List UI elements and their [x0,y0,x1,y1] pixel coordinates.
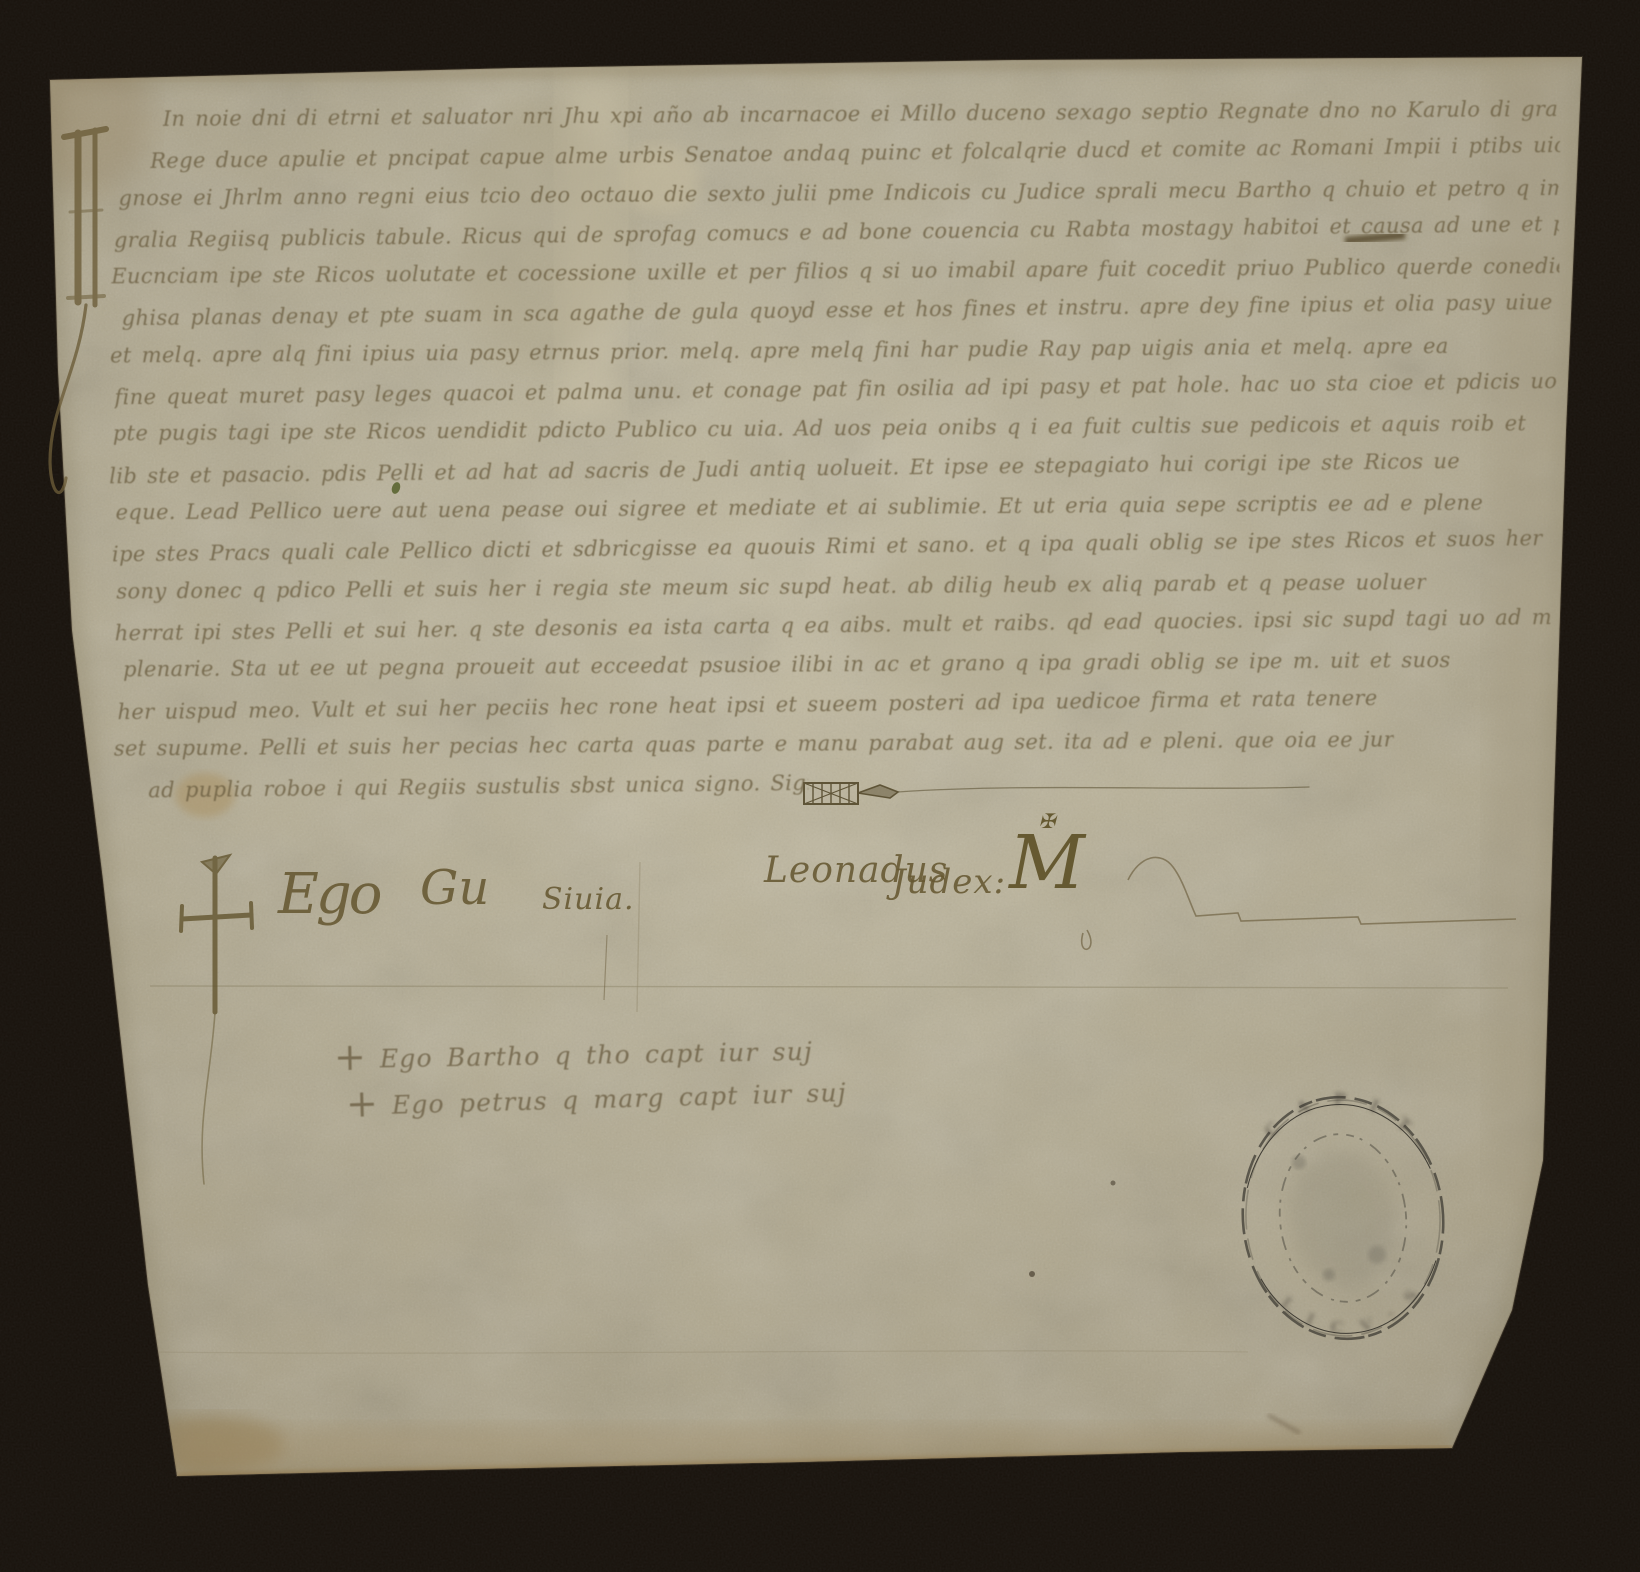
manuscript-text-block: In noie dni di etrni et saluator nri Jhu… [0,0,1640,1572]
manuscript-line: Eucnciam ipe ste Ricos uolutate et coces… [111,251,1559,291]
manuscript-line: ad puplia roboe i qui Regiis sustulis sb… [148,768,808,805]
charter-photograph: C A P I T L I C V · S In noie dni di etr… [0,0,1640,1572]
manuscript-line: ghisa planas denay et pte suam in sca ag… [122,287,1553,333]
manuscript-line: plenarie. Sta ut ee ut pegna proueit aut… [123,645,1451,684]
witness-text: Ego Bartho q tho capt iur suj [380,1034,814,1078]
manuscript-line: gralia Regiisq publicis tabule. Ricus qu… [114,209,1559,255]
judge-monogram-m: ✠ M [1002,814,1092,900]
manuscript-line: lib ste et pasacio. pdis Pelli et ad hat… [109,446,1460,491]
manuscript-line: her uispud meo. Vult et sui her peciis h… [117,683,1377,727]
manuscript-line: In noie dni di etrni et saluator nri Jhu… [163,94,1563,134]
manuscript-line: sony donec q pdico Pelli et suis her i r… [116,567,1426,606]
signature-name-siuia: Siuia. [542,882,634,917]
manuscript-line: herrat ipi stes Pelli et sui her. q ste … [115,602,1553,648]
manuscript-line: set supume. Pelli et suis her pecias hec… [114,724,1394,763]
monogram-m-letter: M [1009,820,1085,906]
witness-cross-icon: + [346,1088,379,1119]
manuscript-line: eque. Lead Pellico uere aut uena pease o… [115,488,1483,528]
witness-cross-icon: + [334,1042,366,1073]
manuscript-line: et melq. apre alq fini ipius uia pasy et… [110,331,1449,371]
manuscript-line: fine queat muret pasy leges quacoi et pa… [114,366,1557,412]
judge-monogram-ego: Ego [278,862,379,927]
manuscript-line: gnose ei Jhrlm anno regni eius tcio deo … [118,173,1558,213]
signature-title-judex: Judex: [892,862,1006,902]
manuscript-line: Rege duce apulie et pncipat capue alme u… [150,130,1560,176]
judge-monogram-gu: Gu [420,860,489,916]
manuscript-line: ipe stes Pracs quali cale Pellico dicti … [112,523,1543,569]
manuscript-line: pte pugis tagi ipe ste Ricos uendidit pd… [113,408,1527,448]
